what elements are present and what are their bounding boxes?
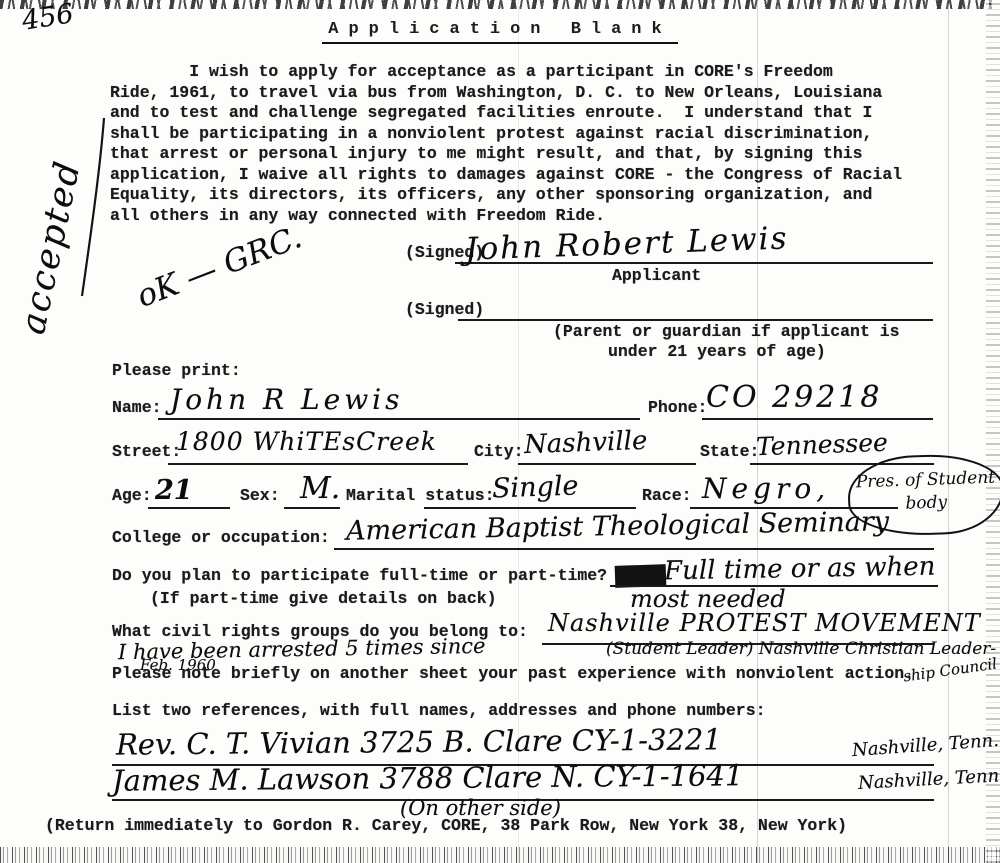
- marital-status-value: Single: [492, 473, 579, 503]
- race-value: Negro,: [702, 475, 830, 503]
- race-label: Race:: [642, 486, 692, 506]
- return-instruction: (Return immediately to Gordon R. Carey, …: [45, 816, 847, 836]
- street-label: Street:: [112, 442, 181, 462]
- reference2-city: Nashville, Tenn.: [858, 767, 1000, 793]
- name-label: Name:: [112, 398, 162, 418]
- street-value: 1800 WhiTEsCreek: [176, 429, 437, 454]
- fulltime-question: Do you plan to participate full-time or …: [112, 566, 607, 586]
- city-label: City:: [474, 442, 524, 462]
- college-underline: [334, 548, 934, 550]
- state-label: State:: [700, 442, 759, 462]
- name-value: John R Lewis: [170, 386, 404, 414]
- fulltime-answer-line2: most needed: [630, 587, 786, 611]
- name-underline: [158, 418, 640, 420]
- fulltime-answer-line1: Full time or as when: [664, 554, 936, 585]
- reference1-value: Rev. C. T. Vivian 3725 B. Clare CY-1-322…: [116, 725, 722, 759]
- please-print-label: Please print:: [112, 361, 241, 381]
- scan-noise-band: [0, 847, 1000, 863]
- sex-underline: [284, 507, 340, 509]
- marital-status-label: Marital status:: [346, 486, 495, 506]
- intro-paragraph: I wish to apply for acceptance as a part…: [110, 62, 950, 226]
- city-value: Nashville: [524, 428, 648, 458]
- title-row: Application Blank: [0, 20, 1000, 44]
- sex-label: Sex:: [240, 486, 280, 506]
- age-underline: [148, 507, 230, 509]
- torn-paper-edge: [0, 0, 1000, 9]
- phone-underline: [702, 418, 933, 420]
- sex-value: M.: [300, 474, 340, 504]
- reference2-value: James M. Lawson 3788 Clare N. CY-1-1641: [112, 761, 744, 796]
- guardian-caption-line1: (Parent or guardian if applicant is: [553, 322, 900, 342]
- signed-label-2: (Signed): [405, 300, 484, 320]
- age-label: Age:: [112, 486, 152, 506]
- scanned-application-document: 456 accepted oK — GRC. Application Blank…: [0, 0, 1000, 863]
- ok-grc-note: oK — GRC.: [133, 222, 306, 313]
- page-title: Application Blank: [322, 20, 677, 44]
- note-briefly-line: Please note briefly on another sheet you…: [112, 664, 914, 684]
- references-label: List two references, with full names, ad…: [112, 701, 766, 721]
- college-occupation-value: American Baptist Theological Seminary: [346, 508, 889, 544]
- college-occupation-label: College or occupation:: [112, 528, 330, 548]
- groups-answer: Nashville PROTEST MOVEMENT: [548, 611, 981, 635]
- fulltime-hint: (If part-time give details on back): [150, 589, 497, 609]
- accepted-margin-note: accepted: [16, 157, 87, 337]
- guardian-caption-line2: under 21 years of age): [608, 342, 826, 362]
- student-leader-note: (Student Leader) Nashville Christian Lea…: [606, 641, 996, 658]
- phone-value: CO 29218: [706, 383, 883, 413]
- reference1-city: Nashville, Tenn.: [852, 732, 1000, 760]
- street-underline: [168, 463, 468, 465]
- age-value: 21: [155, 477, 193, 504]
- city-underline: [518, 463, 696, 465]
- marital-underline: [424, 507, 636, 509]
- state-value: Tennessee: [756, 430, 889, 460]
- applicant-signature: John Robert Lewis: [465, 223, 789, 265]
- leadership-council-note: ship Council: [902, 657, 998, 685]
- applicant-caption: Applicant: [612, 266, 701, 286]
- phone-label: Phone:: [648, 398, 707, 418]
- signature-line-2: [458, 319, 933, 321]
